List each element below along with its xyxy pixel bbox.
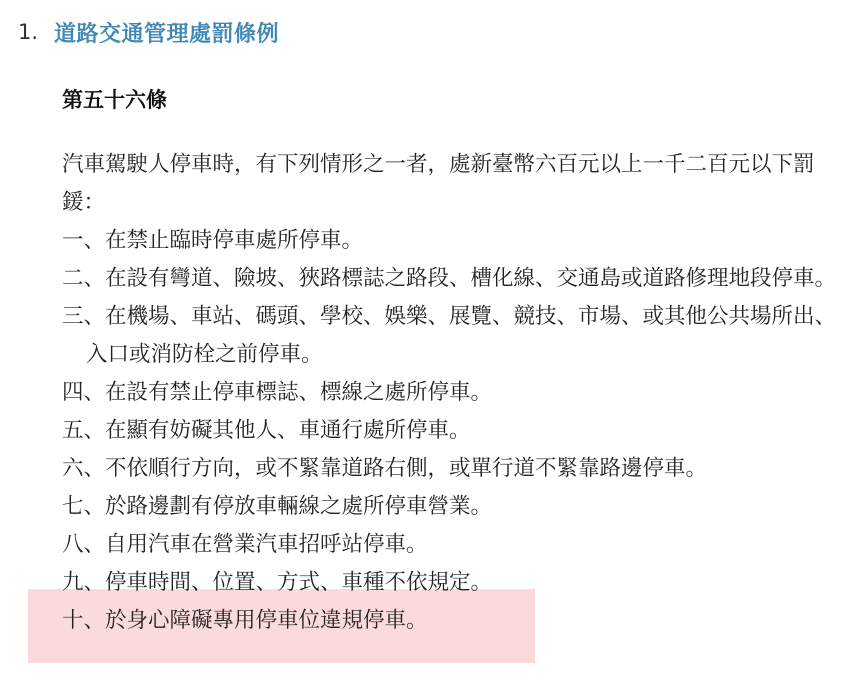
article-item-2: 二、在設有彎道、險坡、狹路標誌之路段、槽化線、交通島或道路修理地段停車。: [62, 260, 852, 298]
article-item-8: 八、自用汽車在營業汽車招呼站停車。: [62, 526, 852, 564]
article-item-6: 六、不依順行方向，或不緊靠道路右側，或單行道不緊靠路邊停車。: [62, 450, 852, 488]
law-title-link[interactable]: 道路交通管理處罰條例: [54, 17, 279, 48]
law-heading: 1. 道路交通管理處罰條例: [18, 14, 279, 50]
article-item-1: 一、在禁止臨時停車處所停車。: [62, 222, 852, 260]
article-title: 第五十六條: [62, 84, 167, 114]
article-items: 一、在禁止臨時停車處所停車。 二、在設有彎道、險坡、狹路標誌之路段、槽化線、交通…: [62, 222, 852, 640]
article-item-9: 九、停車時間、位置、方式、車種不依規定。: [62, 564, 852, 602]
article-item-3: 三、在機場、車站、碼頭、學校、娛樂、展覽、競技、市場、或其他公共場所出、入口或消…: [62, 298, 852, 374]
article-item-4: 四、在設有禁止停車標誌、標線之處所停車。: [62, 374, 852, 412]
article-item-5: 五、在顯有妨礙其他人、車通行處所停車。: [62, 412, 852, 450]
article-item-7: 七、於路邊劃有停放車輛線之處所停車營業。: [62, 488, 852, 526]
article-intro: 汽車駕駛人停車時，有下列情形之一者，處新臺幣六百元以上一千二百元以下罰鍰：: [62, 146, 852, 222]
article-body: 汽車駕駛人停車時，有下列情形之一者，處新臺幣六百元以上一千二百元以下罰鍰： 一、…: [62, 146, 852, 640]
list-number: 1.: [18, 20, 54, 44]
article-item-10: 十、於身心障礙專用停車位違規停車。: [62, 602, 852, 640]
